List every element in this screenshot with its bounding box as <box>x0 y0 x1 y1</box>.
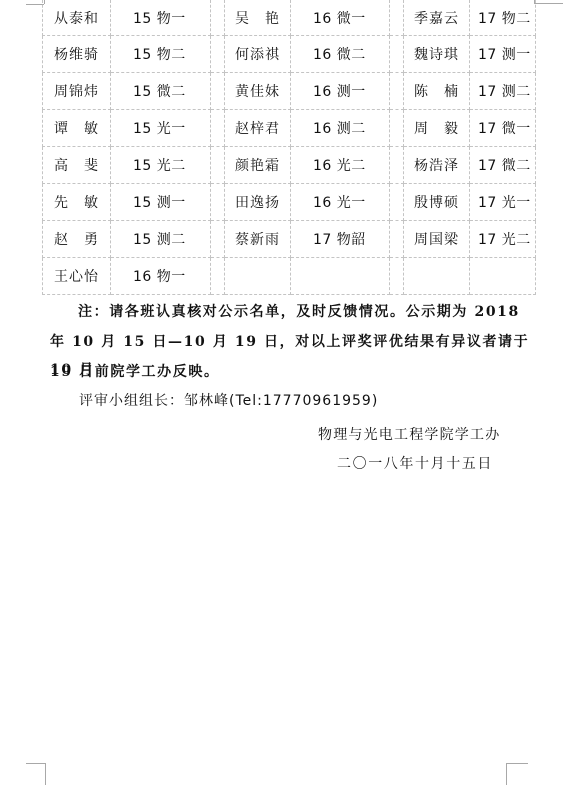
table-row: 赵 勇 15 测二 蔡新雨 17 物韶 周国梁 17 光二 <box>43 221 536 258</box>
student-name: 田逸扬 <box>225 184 291 221</box>
student-class: 15 测一 <box>111 184 211 221</box>
crop-mark-bottom-right-horizontal <box>506 763 528 764</box>
student-name: 王心怡 <box>43 258 111 295</box>
student-name: 陈 楠 <box>404 73 470 110</box>
student-class: 16 物一 <box>111 258 211 295</box>
issue-date: 二〇一八年十月十五日 <box>337 453 493 473</box>
student-class: 17 物二 <box>470 0 536 36</box>
crop-mark-bottom-right-vertical <box>506 763 507 785</box>
student-name: 从泰和 <box>43 0 111 36</box>
table-row: 高 斐 15 光二 颜艳霜 16 光二 杨浩泽 17 微二 <box>43 147 536 184</box>
student-class: 17 光一 <box>470 184 536 221</box>
student-class: 16 光一 <box>291 184 390 221</box>
table-row: 周锦炜 15 微二 黄佳妹 16 测一 陈 楠 17 测二 <box>43 73 536 110</box>
student-name <box>225 258 291 295</box>
spacer-cell <box>211 36 225 73</box>
spacer-cell <box>211 184 225 221</box>
student-name <box>404 258 470 295</box>
student-class: 15 物二 <box>111 36 211 73</box>
spacer-cell <box>390 110 404 147</box>
spacer-cell <box>390 221 404 258</box>
student-class: 16 微一 <box>291 0 390 36</box>
student-class: 15 物一 <box>111 0 211 36</box>
student-name: 季嘉云 <box>404 0 470 36</box>
spacer-cell <box>211 73 225 110</box>
review-group-leader: 评审小组组长：邹林峰(Tel:17770961959) <box>79 390 378 410</box>
student-class: 15 微二 <box>111 73 211 110</box>
spacer-cell <box>390 36 404 73</box>
spacer-cell <box>211 147 225 184</box>
table-row: 王心怡 16 物一 <box>43 258 536 295</box>
student-name: 周 毅 <box>404 110 470 147</box>
notice-line-3: 19 日前院学工办反映。 <box>50 358 550 386</box>
student-class: 17 微一 <box>470 110 536 147</box>
student-class: 17 光二 <box>470 221 536 258</box>
student-class <box>470 258 536 295</box>
student-class: 16 微二 <box>291 36 390 73</box>
crop-mark-top-right-horizontal <box>534 3 563 4</box>
student-name: 吴 艳 <box>225 0 291 36</box>
spacer-cell <box>211 258 225 295</box>
spacer-cell <box>390 73 404 110</box>
student-class: 17 物韶 <box>291 221 390 258</box>
student-name: 高 斐 <box>43 147 111 184</box>
spacer-cell <box>211 221 225 258</box>
student-name: 蔡新雨 <box>225 221 291 258</box>
student-name: 殷博硕 <box>404 184 470 221</box>
student-name: 杨浩泽 <box>404 147 470 184</box>
student-name: 周国梁 <box>404 221 470 258</box>
student-class: 16 测二 <box>291 110 390 147</box>
student-class: 16 测一 <box>291 73 390 110</box>
student-class: 15 测二 <box>111 221 211 258</box>
table-row: 从泰和 15 物一 吴 艳 16 微一 季嘉云 17 物二 <box>43 0 536 36</box>
student-name: 赵梓君 <box>225 110 291 147</box>
crop-mark-bottom-left-vertical <box>45 763 46 785</box>
student-class: 16 光二 <box>291 147 390 184</box>
notice-line-1: 注：请各班认真核对公示名单，及时反馈情况。公示期为 2018 <box>78 298 563 326</box>
student-name: 杨维骑 <box>43 36 111 73</box>
award-roster-table: 从泰和 15 物一 吴 艳 16 微一 季嘉云 17 物二 杨维骑 15 物二 … <box>42 0 536 295</box>
student-name: 颜艳霜 <box>225 147 291 184</box>
student-class: 15 光一 <box>111 110 211 147</box>
spacer-cell <box>390 0 404 36</box>
student-class: 17 微二 <box>470 147 536 184</box>
table-row: 谭 敏 15 光一 赵梓君 16 测二 周 毅 17 微一 <box>43 110 536 147</box>
student-class: 17 测二 <box>470 73 536 110</box>
table-row: 杨维骑 15 物二 何添祺 16 微二 魏诗琪 17 测一 <box>43 36 536 73</box>
issuing-office: 物理与光电工程学院学工办 <box>318 424 500 444</box>
student-name: 何添祺 <box>225 36 291 73</box>
student-class: 17 测一 <box>470 36 536 73</box>
student-name: 黄佳妹 <box>225 73 291 110</box>
spacer-cell <box>390 147 404 184</box>
student-name: 先 敏 <box>43 184 111 221</box>
student-name: 赵 勇 <box>43 221 111 258</box>
spacer-cell <box>211 110 225 147</box>
student-name: 周锦炜 <box>43 73 111 110</box>
student-class <box>291 258 390 295</box>
crop-mark-bottom-left-horizontal <box>26 763 45 764</box>
student-name: 谭 敏 <box>43 110 111 147</box>
spacer-cell <box>390 258 404 295</box>
student-class: 15 光二 <box>111 147 211 184</box>
student-name: 魏诗琪 <box>404 36 470 73</box>
document-page: 从泰和 15 物一 吴 艳 16 微一 季嘉云 17 物二 杨维骑 15 物二 … <box>0 0 563 788</box>
spacer-cell <box>390 184 404 221</box>
table-row: 先 敏 15 测一 田逸扬 16 光一 殷博硕 17 光一 <box>43 184 536 221</box>
spacer-cell <box>211 0 225 36</box>
